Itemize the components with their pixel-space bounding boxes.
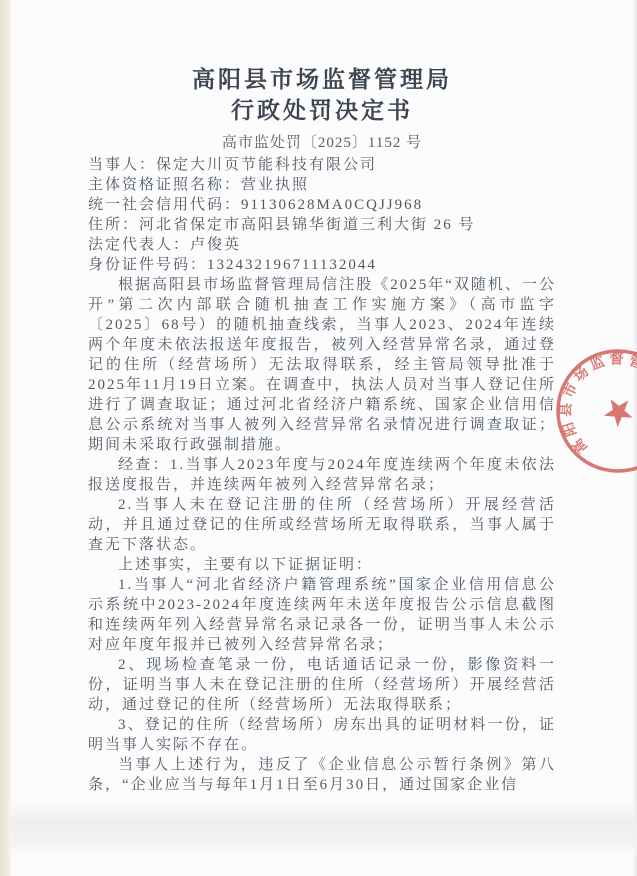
document-title-line1: 高阳县市场监督管理局 [88, 64, 556, 95]
body-paragraph: 上述事实，主要有以下证据证明： [88, 555, 556, 575]
scan-edge-right [633, 0, 637, 876]
party-info-line: 统一社会信用代码：91130628MA0CQJJ968 [88, 195, 556, 215]
body-paragraph: 根据高阳县市场监督管理局信注股《2025年“双随机、一公开”第二次内部联合随机抽… [88, 275, 556, 455]
document-body: 根据高阳县市场监督管理局信注股《2025年“双随机、一公开”第二次内部联合随机抽… [88, 275, 556, 795]
scan-edge-left [0, 0, 11, 876]
scanned-document-page: 高阳县市场监督管理局 行政处罚决定书 高市监处罚〔2025〕1152 号 当事人… [0, 0, 637, 876]
party-info-line: 主体资格证照名称：营业执照 [88, 175, 556, 195]
body-paragraph: 2.当事人未在登记注册的住所（经营场所）开展经营活动，并且通过登记的住所或经营场… [88, 495, 556, 555]
party-info-line: 身份证件号码：132432196711132044 [88, 255, 556, 275]
body-paragraph: 3、登记的住所（经营场所）房东出具的证明材料一份，证明当事人实际不存在。 [88, 715, 556, 755]
party-info-line: 住所：河北省保定市高阳县锦华街道三利大街 26 号 [88, 215, 556, 235]
document-content: 高阳县市场监督管理局 行政处罚决定书 高市监处罚〔2025〕1152 号 当事人… [88, 64, 556, 795]
body-paragraph: 当事人上述行为，违反了《企业信息公示暂行条例》第八条，“企业应当与每年1月1日至… [88, 755, 556, 795]
body-paragraph: 2、现场检查笔录一份，电话通话记录一份，影像资料一份，证明当事人未在登记注册的住… [88, 655, 556, 715]
party-info-line: 法定代表人：卢俊英 [88, 235, 556, 255]
scan-artifact-bottom [11, 798, 637, 856]
body-paragraph: 1.当事人“河北省经济户籍管理系统”国家企业信用信息公示系统中2023-2024… [88, 575, 556, 655]
document-number: 高市监处罚〔2025〕1152 号 [88, 131, 556, 152]
seal-star-icon [598, 391, 637, 429]
party-info-section: 当事人：保定大川页节能科技有限公司主体资格证照名称：营业执照统一社会信用代码：9… [88, 155, 556, 275]
party-info-line: 当事人：保定大川页节能科技有限公司 [88, 155, 556, 175]
document-title-line2: 行政处罚决定书 [88, 95, 556, 126]
body-paragraph: 经查：1.当事人2023年度与2024年度连续两个年度未依法报送度报告，并连续两… [88, 455, 556, 495]
